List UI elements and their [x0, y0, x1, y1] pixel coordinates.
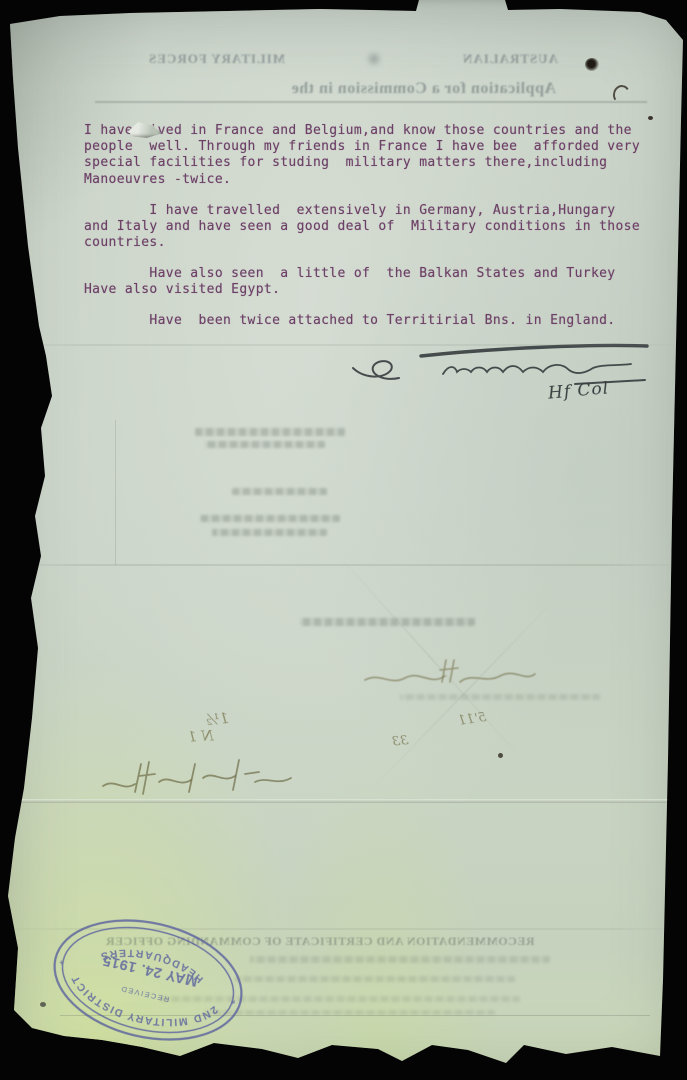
- typed-paragraph-4: Have been twice attached to Territirial …: [84, 313, 615, 329]
- signature-ink: [325, 338, 665, 408]
- bleed-smudge-line: [250, 956, 550, 963]
- bleed-smudge-line: [195, 428, 345, 436]
- bleed-smudge-line: [235, 976, 515, 982]
- stamp-star-right: *: [58, 953, 66, 968]
- crease-line: [0, 564, 687, 566]
- paper-hole: [585, 58, 599, 71]
- document-paper: AUSTRALIAN MILITARY FORCES Application f…: [0, 0, 687, 1080]
- bleed-org-right-label: MILITARY FORCES: [148, 51, 285, 67]
- bleed-handwriting-scribble: [360, 652, 540, 692]
- bleed-letterhead: AUSTRALIAN MILITARY FORCES: [148, 50, 558, 68]
- stamp-text-group: 2ND MILITARY DISTRICT HEADQUARTERS RECEI…: [49, 929, 243, 1044]
- bleed-org-left-label: AUSTRALIAN: [462, 51, 558, 67]
- bleed-smudge-line: [400, 694, 600, 700]
- bleed-handwriting-signature: [95, 752, 305, 802]
- stamp-received-label: RECEIVED: [119, 984, 170, 1004]
- received-stamp: 2ND MILITARY DISTRICT HEADQUARTERS RECEI…: [37, 897, 260, 1063]
- bleed-hand-height: 5'11: [457, 710, 487, 729]
- typed-paragraph-3: Have also seen a little of the Balkan St…: [84, 266, 615, 298]
- bleed-form-title: Application for a Commission in the: [96, 80, 556, 98]
- ink-speck: [648, 116, 653, 120]
- bleed-smudge-line: [300, 618, 475, 626]
- typed-paragraph-1: I have lived in France and Belgium,and k…: [84, 123, 640, 188]
- bleed-hand-n-mark: N 1: [188, 728, 214, 745]
- typed-paragraph-2: I have travelled extensively in Germany,…: [84, 203, 640, 252]
- bleed-title-rule: [95, 101, 647, 103]
- stamp-star-left: *: [230, 992, 238, 1007]
- ink-speck: [498, 753, 503, 758]
- bleed-smudge-line: [200, 515, 340, 522]
- bleed-hand-age: 33: [391, 733, 409, 750]
- fold-line: [0, 799, 687, 803]
- bleed-smudge-line: [205, 441, 325, 448]
- bleed-smudge-line: [232, 488, 327, 495]
- bleed-rule: [115, 420, 116, 565]
- crease-line: [0, 344, 687, 346]
- bleed-hand-fraction: 1½: [204, 709, 230, 729]
- bleed-smudge-line: [212, 529, 327, 536]
- scanned-document-scene: AUSTRALIAN MILITARY FORCES Application f…: [0, 0, 687, 1080]
- coat-of-arms-icon: [366, 51, 382, 67]
